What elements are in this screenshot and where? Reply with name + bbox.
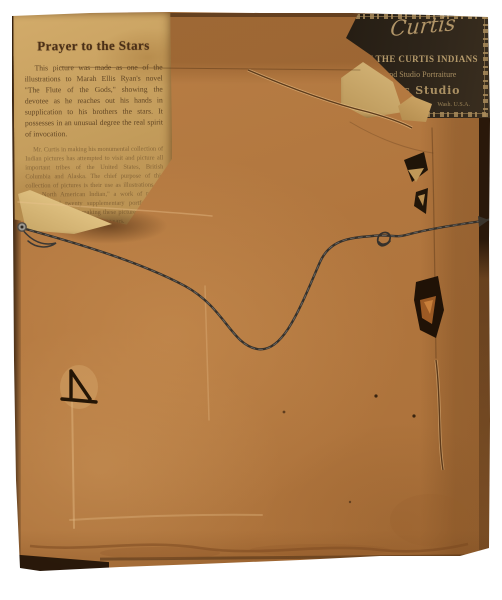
hanging-wire (22, 221, 482, 349)
backing-board: Prayer to the Stars This picture was mad… (0, 0, 502, 600)
crease-lines (18, 67, 436, 528)
bottom-stain (30, 494, 470, 559)
tear-holes (404, 152, 444, 338)
nail-holes (283, 394, 416, 503)
wire-eyelet-right (478, 216, 491, 227)
diagonal-tear (248, 70, 412, 128)
triangle-bracket (60, 365, 98, 409)
wire-eyelet-left (18, 223, 26, 231)
surface-detail-overlay (0, 0, 502, 600)
photo-of-frame-back: Prayer to the Stars This picture was mad… (0, 0, 502, 600)
vertical-tear (436, 360, 443, 470)
